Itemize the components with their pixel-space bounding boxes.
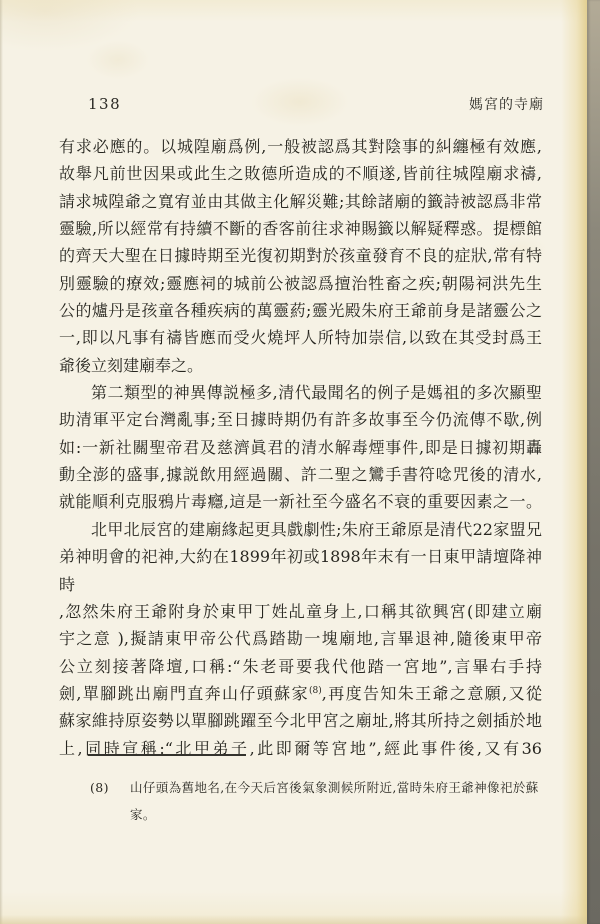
- text-line: ,忽然朱府王爺附身於東甲丁姓乩童身上,口稱其欲興宮(即建立廟: [59, 598, 542, 625]
- text-line: 有求必應的。以城隍廟爲例,一般被認爲其對陰事的糾纏極有效應,: [59, 133, 542, 160]
- footnote-marker: (8): [90, 774, 109, 801]
- text-line: 的齊天大聖在日據時期至光復初期對於孩童發育不良的症狀,常有特: [59, 242, 542, 269]
- text-line: 第二類型的神異傳説極多,清代最聞名的例子是媽祖的多次顯聖: [59, 379, 542, 406]
- text-line: 公的爐丹是孩童各種疾病的萬靈葯;靈光殿朱府王爺前身是諸靈公之: [59, 297, 542, 324]
- text-line: 故舉凡前世因果或此生之敗德所造成的不順遂,皆前往城隍廟求禱,: [59, 160, 542, 187]
- text-line: 如:一新社關聖帝君及慈濟眞君的清水解毒煙事件,即是日據初期轟: [59, 434, 542, 461]
- page-bottom-shadow: [0, 915, 587, 924]
- text-line: 上,同時宣稱:“北甲弟子,此即爾等宮地”,經此事件後,又有36: [59, 735, 542, 762]
- text-line: 別靈驗的療效;靈應祠的城前公被認爲擅治牲畜之疾;朝陽祠洪先生: [59, 270, 542, 297]
- text-line: 靈驗,所以經常有持續不斷的香客前往求神賜籤以解疑釋惑。提標館: [59, 215, 542, 242]
- text-line: 請求城隍爺之寬宥並由其做主化解災難;其餘諸廟的籤詩被認爲非常: [59, 188, 542, 215]
- text-line: 爺後立刻建廟奉之。: [59, 352, 542, 379]
- text-line: 就能順利克服鴉片毒癮,這是一新社至今盛名不衰的重要因素之一。: [59, 488, 542, 515]
- text-line: 蘇家維持原姿勢以單腳跳躍至今北甲宮之廟址,將其所持之劍插於地: [59, 707, 542, 734]
- footnote-line: (8)山仔頭為舊地名,在今天后宮後氣象測候所附近,當時朱府王爺神像祀於蘇: [90, 774, 550, 801]
- footnote-divider: [88, 754, 246, 756]
- text-line: 一,即以凡事有禱皆應而受火燒坪人所特加崇信,以致在其受封爲王: [59, 324, 542, 351]
- text-line: 助清軍平定台灣亂事;至日據時期仍有許多故事至今仍流傳不歇,例: [59, 406, 542, 433]
- page-right-edge-shadow: [587, 0, 600, 924]
- footnote-ref-marker: (8): [309, 686, 322, 696]
- text-line: 北甲北辰宮的建廟緣起更具戲劇性;朱府王爺原是清代22家盟兄: [59, 516, 542, 543]
- page-curl-highlight: [561, 0, 587, 924]
- footnote-line: 家。: [90, 801, 550, 828]
- book-title: 媽宮的寺廟: [469, 94, 544, 114]
- page-left-edge-shadow: [0, 0, 3, 924]
- body-text: 有求必應的。以城隍廟爲例,一般被認爲其對陰事的糾纏極有效應,故舉凡前世因果或此生…: [59, 133, 542, 762]
- footnote: (8)山仔頭為舊地名,在今天后宮後氣象測候所附近,當時朱府王爺神像祀於蘇家。: [90, 774, 550, 828]
- text-line: 公立刻接著降壇,口稱:“朱老哥要我代他踏一宮地”,言畢右手持: [59, 653, 542, 680]
- page-number: 138: [88, 95, 121, 113]
- scanned-book-page: 138 媽宮的寺廟 有求必應的。以城隍廟爲例,一般被認爲其對陰事的糾纏極有效應,…: [0, 0, 600, 924]
- text-line: 宇之意 ),擬請東甲帝公代爲踏勘一塊廟地,言畢退神,隨後東甲帝: [59, 625, 542, 652]
- text-line: 動全澎的盛事,據説飲用經過關、許二聖之鸞手書符唸咒後的清水,: [59, 461, 542, 488]
- text-line: 弟神明會的祀神,大約在1899年初或1898年末有一日東甲請壇降神時: [59, 543, 542, 598]
- text-line: 劍,單腳跳出廟門直奔山仔頭蘇家(8),再度告知朱王爺之意願,又從: [59, 680, 542, 707]
- page-header: 138 媽宮的寺廟: [88, 94, 544, 114]
